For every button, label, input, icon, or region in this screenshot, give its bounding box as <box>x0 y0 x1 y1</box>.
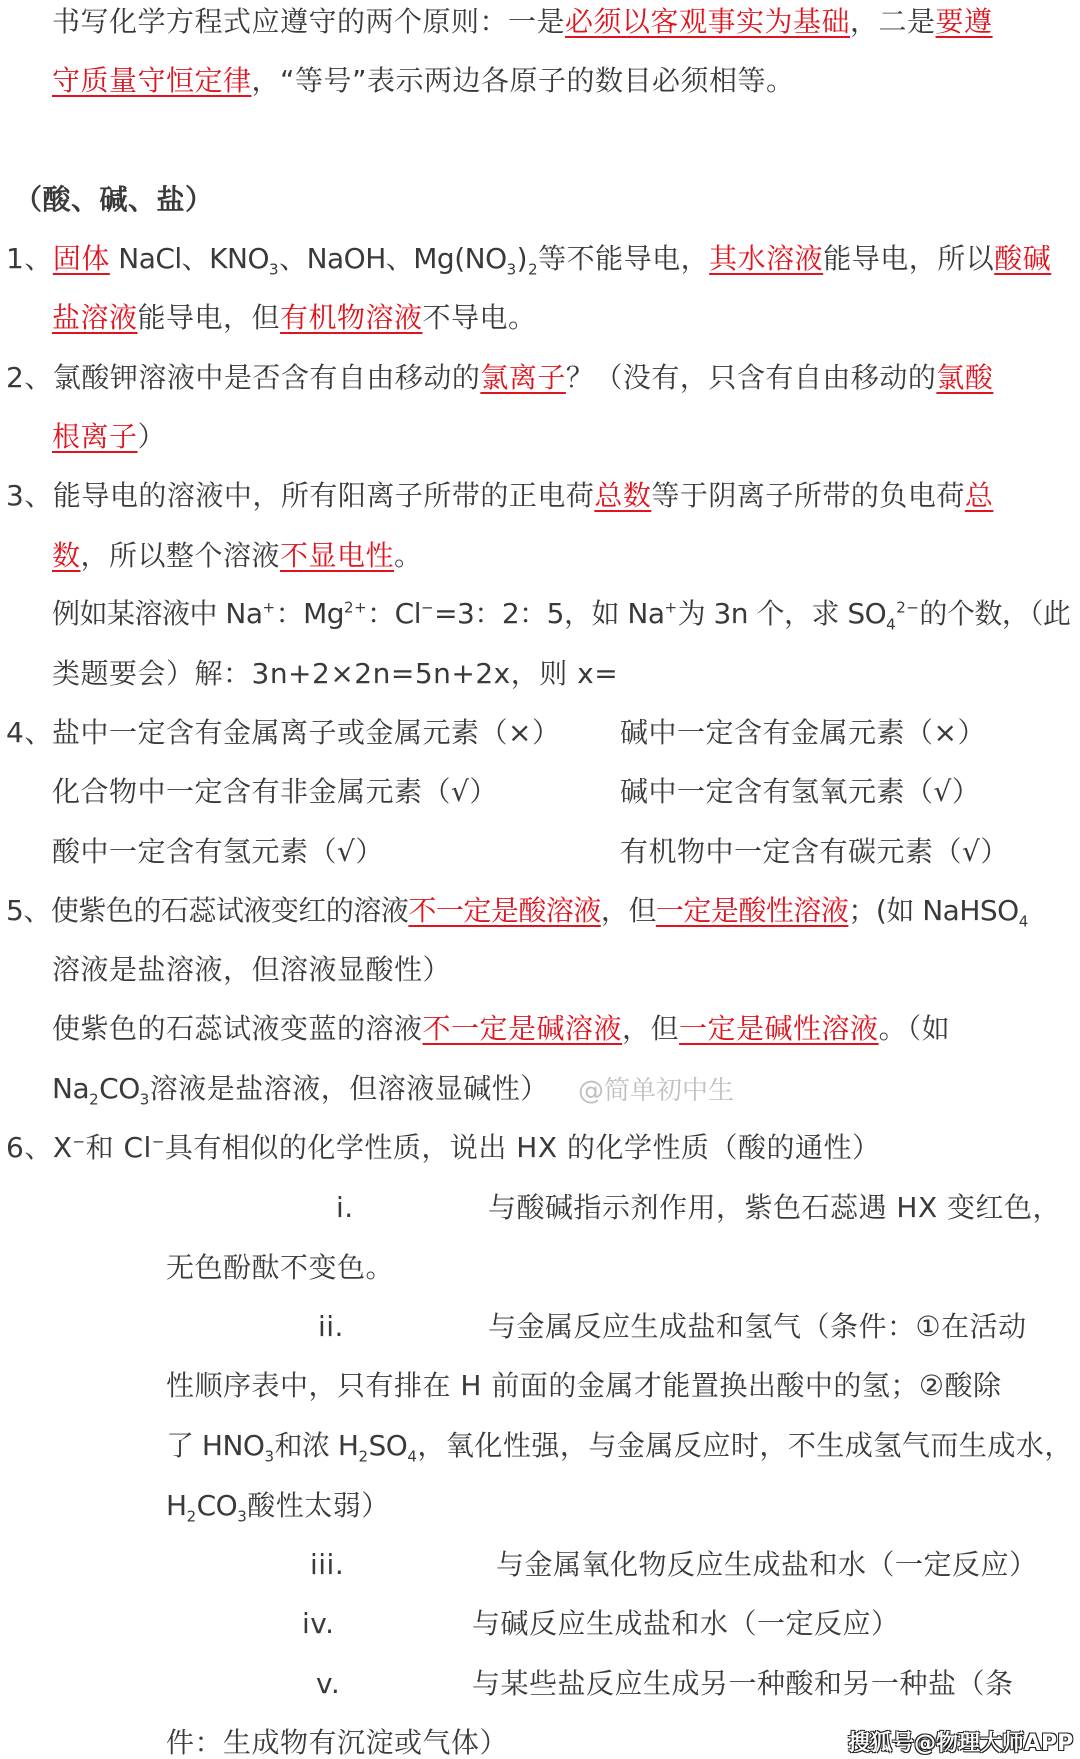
sub-item-ii-marker: ii. <box>318 1307 344 1347</box>
superscript: − <box>73 1133 86 1151</box>
text: 氯酸钾溶液中是否含有自由移动的 <box>53 361 481 394</box>
item-5-line-3: 使紫色的石蕊试液变蓝的溶液不一定是碱溶液，但一定是碱性溶液。（如 <box>52 1009 950 1049</box>
item-number: 1、 <box>6 242 53 275</box>
item-4-right-3: 有机物中一定含有碳元素（√） <box>620 832 1009 872</box>
item-5-line-4: Na2CO3溶液是盐溶液，但溶液显碱性） <box>52 1069 549 1109</box>
item-1-line-1: 1、固体 NaCl、KNO3、NaOH、Mg(NO3)2等不能导电，其水溶液能导… <box>6 239 1051 279</box>
text: ，但 <box>622 1012 679 1045</box>
item-4-left-2: 化合物中一定含有非金属元素（√） <box>52 772 498 812</box>
text: 能导电，所以 <box>823 242 994 275</box>
item-2-line-1: 2、氯酸钾溶液中是否含有自由移动的氯离子？（没有，只含有自由移动的氯酸 <box>6 358 993 398</box>
key-phrase: 酸碱 <box>994 242 1051 275</box>
text: ：Cl <box>367 597 421 630</box>
item-number: 5、 <box>6 894 51 927</box>
item-3-line-1: 3、能导电的溶液中，所有阳离子所带的正电荷总数等于阴离子所带的负电荷总 <box>6 476 993 516</box>
key-phrase: 数 <box>52 539 81 572</box>
text: 溶液是盐溶液，但溶液显碱性） <box>150 1072 549 1105</box>
sub-item-i-cont: 无色酚酞不变色。 <box>166 1248 394 1288</box>
text: 。 <box>394 539 423 572</box>
item-3-line-2: 数，所以整个溶液不显电性。 <box>52 536 423 576</box>
key-phrase: 根离子 <box>52 420 138 453</box>
sub-item-i-text: 与酸碱指示剂作用，紫色石蕊遇 HX 变红色， <box>488 1188 1061 1228</box>
footer-watermark: 搜狐号@物理大师APP <box>848 1726 1073 1757</box>
text: 的个数，（此 <box>919 597 1070 630</box>
text: ，所以整个溶液 <box>81 539 281 572</box>
formula: 和 Cl <box>86 1131 152 1164</box>
superscript: − <box>152 1133 165 1151</box>
text: ？（没有，只含有自由移动的 <box>566 361 937 394</box>
intro-line-2: 守质量守恒定律，“等号”表示两边各原子的数目必须相等。 <box>52 61 795 101</box>
subscript: 3 <box>507 261 517 279</box>
text: =3：2：5，如 Na <box>434 597 664 630</box>
key-phrase: 要遵 <box>936 5 993 38</box>
key-phrase: 不一定是碱溶液 <box>423 1012 623 1045</box>
formula: 和浓 H <box>275 1429 359 1462</box>
key-phrase: 一定是酸性溶液 <box>656 894 849 927</box>
text: 不导电。 <box>423 301 537 334</box>
superscript: − <box>421 599 434 617</box>
formula: ) <box>517 242 528 275</box>
sub-item-i-marker: i. <box>336 1188 354 1228</box>
key-phrase: 守质量守恒定律 <box>52 64 252 97</box>
item-3-example-line-2: 类题要会）解：3n+2×2n=5n+2x，则 x= <box>52 654 618 694</box>
item-number: 2、 <box>6 361 53 394</box>
key-phrase: 盐溶液 <box>52 301 138 334</box>
item-1-line-2: 盐溶液能导电，但有机物溶液不导电。 <box>52 298 537 338</box>
item-number: 3、 <box>6 479 53 512</box>
sub-item-ii-cont-2: 了 HNO3和浓 H2SO4，氧化性强，与金属反应时，不生成氢气而生成水， <box>166 1426 1073 1466</box>
subscript: 3 <box>237 1508 247 1526</box>
formula: CO <box>99 1072 140 1105</box>
text: 书写化学方程式应遵守的两个原则：一是 <box>52 5 565 38</box>
key-phrase: 其水溶液 <box>709 242 823 275</box>
subscript: 2 <box>89 1091 99 1109</box>
text: 等于阴离子所带的负电荷 <box>651 479 965 512</box>
text: 例如某溶液中 Na <box>52 597 263 630</box>
text: ） <box>138 420 167 453</box>
formula: Na <box>52 1072 89 1105</box>
text: ，但 <box>601 894 656 927</box>
sub-item-v-marker: v. <box>316 1664 340 1704</box>
text: ：Mg <box>276 597 344 630</box>
sub-item-ii-text: 与金属反应生成盐和氢气（条件：①在活动 <box>488 1307 1027 1347</box>
subscript: 3 <box>140 1091 150 1109</box>
subscript: 4 <box>886 616 896 634</box>
sub-item-v-text: 与某些盐反应生成另一种酸和另一种盐（条 <box>472 1664 1014 1704</box>
key-phrase: 氯离子 <box>480 361 566 394</box>
formula: 、NaOH、Mg(NO <box>279 242 507 275</box>
item-4-left-3: 酸中一定含有氢元素（√） <box>52 832 384 872</box>
formula: NaCl、KNO <box>110 242 269 275</box>
formula: X <box>53 1131 73 1164</box>
sub-item-ii-cont-3: H2CO3酸性太弱） <box>166 1486 390 1526</box>
formula: 了 HNO <box>166 1429 264 1462</box>
key-phrase: 总数 <box>594 479 651 512</box>
item-5-line-2: 溶液是盐溶液，但溶液显酸性） <box>52 950 451 990</box>
sub-item-v-cont: 件：生成物有沉淀或气体） <box>166 1723 508 1759</box>
item-4-right-1: 碱中一定含有金属元素（×） <box>620 713 986 753</box>
text: 使紫色的石蕊试液变蓝的溶液 <box>52 1012 423 1045</box>
sub-item-iv-text: 与碱反应生成盐和水（一定反应） <box>472 1604 900 1644</box>
item-4-number: 4、 <box>6 713 53 753</box>
text: ，二是 <box>850 5 936 38</box>
text: 具有相似的化学性质，说出 HX 的化学性质（酸的通性） <box>165 1131 881 1164</box>
text: 能导电，但 <box>138 301 281 334</box>
superscript: 2+ <box>344 599 367 617</box>
sub-item-iv-marker: iv. <box>302 1604 335 1644</box>
key-phrase: 氯酸 <box>936 361 993 394</box>
text: 等不能导电， <box>538 242 709 275</box>
text: 使紫色的石蕊试液变红的溶液 <box>51 894 409 927</box>
item-2-line-2: 根离子） <box>52 417 166 457</box>
text: 能导电的溶液中，所有阳离子所带的正电荷 <box>53 479 595 512</box>
text: 酸性太弱） <box>247 1489 390 1522</box>
item-4-left-1: 盐中一定含有金属离子或金属元素（×） <box>52 713 560 753</box>
subscript: 4 <box>407 1448 417 1466</box>
key-phrase: 必须以客观事实为基础 <box>565 5 850 38</box>
section-heading: （酸、碱、盐） <box>14 180 214 220</box>
subscript: 2 <box>187 1508 197 1526</box>
key-phrase: 有机物溶液 <box>280 301 423 334</box>
text: ，氧化性强，与金属反应时，不生成氢气而生成水， <box>417 1429 1073 1462</box>
key-phrase: 总 <box>965 479 994 512</box>
subscript: 4 <box>1019 913 1028 931</box>
formula: H <box>166 1489 187 1522</box>
item-5-line-1: 5、使紫色的石蕊试液变红的溶液不一定是酸溶液，但一定是酸性溶液；(如 NaHSO… <box>6 891 1028 931</box>
intro-line-1: 书写化学方程式应遵守的两个原则：一是必须以客观事实为基础，二是要遵 <box>52 2 993 42</box>
sub-item-iii-text: 与金属氧化物反应生成盐和水（一定反应） <box>496 1545 1038 1585</box>
superscript: + <box>263 599 276 617</box>
key-phrase: 不一定是酸溶液 <box>408 894 601 927</box>
superscript: + <box>665 599 678 617</box>
key-phrase: 不显电性 <box>280 539 394 572</box>
item-number: 6、 <box>6 1131 53 1164</box>
text: 。（如 <box>879 1012 951 1045</box>
sub-item-iii-marker: iii. <box>310 1545 344 1585</box>
superscript: 2− <box>896 599 919 617</box>
subscript: 2 <box>528 261 538 279</box>
key-phrase: 固体 <box>53 242 110 275</box>
text: ，“等号”表示两边各原子的数目必须相等。 <box>252 64 795 97</box>
key-phrase: 一定是碱性溶液 <box>679 1012 879 1045</box>
sub-item-ii-cont-1: 性顺序表中，只有排在 H 前面的金属才能置换出酸中的氢；②酸除 <box>166 1366 1001 1406</box>
formula: SO <box>369 1429 408 1462</box>
item-3-example-line-1: 例如某溶液中 Na+：Mg2+：Cl−=3：2：5，如 Na+为 3n 个，求 … <box>52 594 1070 634</box>
subscript: 3 <box>264 1448 274 1466</box>
subscript: 2 <box>358 1448 368 1466</box>
subscript: 3 <box>269 261 279 279</box>
text: ；(如 NaHSO <box>848 894 1018 927</box>
item-6-line-1: 6、X−和 Cl−具有相似的化学性质，说出 HX 的化学性质（酸的通性） <box>6 1128 880 1168</box>
formula: CO <box>197 1489 238 1522</box>
author-watermark: @简单初中生 <box>578 1070 734 1107</box>
text: 为 3n 个，求 SO <box>678 597 887 630</box>
item-4-right-2: 碱中一定含有氢氧元素（√） <box>620 772 980 812</box>
